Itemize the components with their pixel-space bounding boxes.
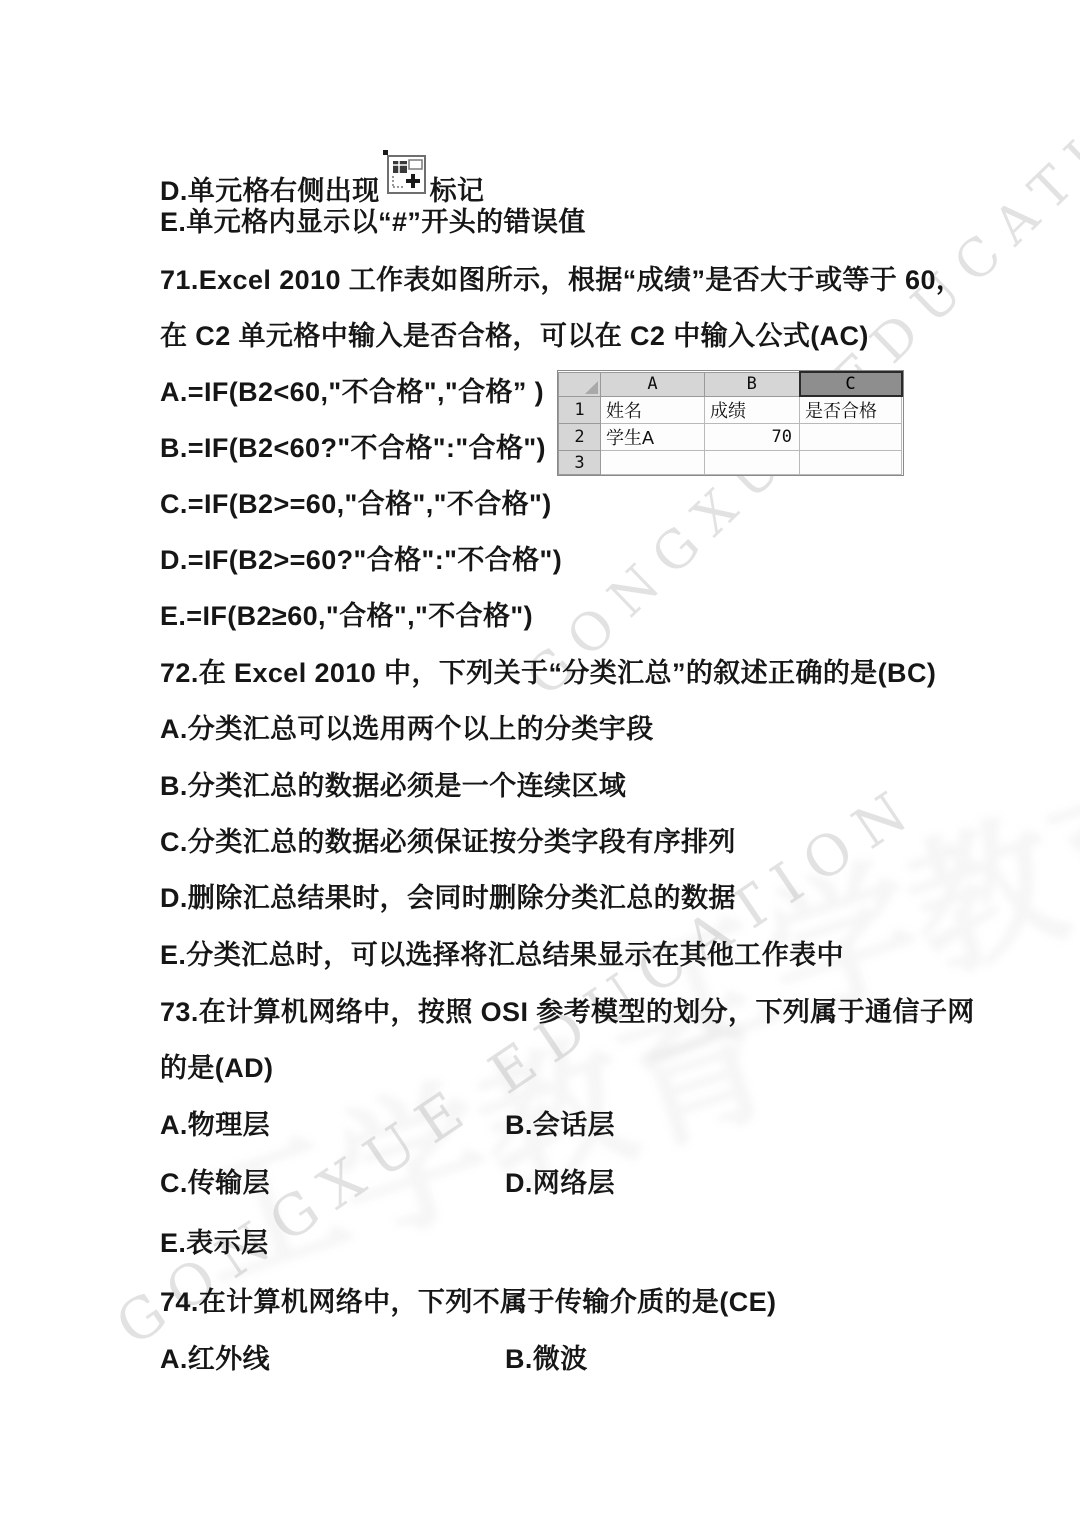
option-73-d: D.网络层 (505, 1168, 615, 1198)
scanned-exam-page: GONGXUE EDUCATION GONGXUE EDUCATION 工学教育… (0, 0, 1080, 1527)
option-71-c: C.=IF(B2>=60,"合格","不合格") (160, 487, 552, 521)
excel-cell-c2 (800, 424, 902, 451)
paste-options-smart-tag-icon (382, 146, 428, 196)
option-prev-d-text-before: D.单元格右侧出现 (160, 176, 380, 206)
option-73-b: B.会话层 (505, 1110, 615, 1140)
excel-cell-b2: 70 (705, 424, 800, 451)
excel-col-header-b: B (705, 372, 800, 396)
excel-worksheet-screenshot: A B C 1 姓名 成绩 是否合格 2 学生A 70 3 (558, 371, 903, 475)
excel-row-2: 2 学生A 70 (559, 424, 902, 451)
question-74-text: 74.在计算机网络中，下列不属于传输介质的是(CE) (160, 1285, 776, 1319)
option-72-d: D.删除汇总结果时，会同时删除分类汇总的数据 (160, 881, 736, 915)
excel-row-number-1: 1 (559, 396, 601, 424)
corner-triangle-icon (585, 381, 598, 394)
option-72-c: C.分类汇总的数据必须保证按分类字段有序排列 (160, 825, 736, 859)
excel-cell-b3 (705, 451, 800, 475)
excel-row-3: 3 (559, 451, 902, 475)
option-71-a: A.=IF(B2<60,"不合格","合格” ) (160, 375, 544, 409)
excel-row-number-2: 2 (559, 424, 601, 451)
excel-select-all-corner (559, 372, 601, 396)
excel-col-header-c-selected: C (800, 372, 902, 396)
options-73-row-2: C.传输层D.网络层 (160, 1166, 615, 1200)
question-73-line-1: 73.在计算机网络中，按照 OSI 参考模型的划分，下列属于通信子网 (160, 995, 975, 1029)
option-72-b: B.分类汇总的数据必须是一个连续区域 (160, 769, 626, 803)
excel-col-header-a: A (601, 372, 705, 396)
excel-cell-a3 (601, 451, 705, 475)
excel-cell-a2: 学生A (601, 424, 705, 451)
excel-cell-c1: 是否合格 (800, 396, 902, 424)
question-73-line-2: 的是(AD) (160, 1051, 273, 1085)
excel-cell-a1: 姓名 (601, 396, 705, 424)
option-74-b: B.微波 (505, 1344, 588, 1374)
option-prev-d: D.单元格右侧出现 标记 (160, 150, 484, 208)
excel-header-row: A B C (559, 372, 902, 396)
option-prev-e: E.单元格内显示以“#”开头的错误值 (160, 205, 586, 239)
excel-row-1: 1 姓名 成绩 是否合格 (559, 396, 902, 424)
question-71-line-2: 在 C2 单元格中输入是否合格，可以在 C2 中输入公式(AC) (160, 319, 869, 353)
option-72-a: A.分类汇总可以选用两个以上的分类宇段 (160, 712, 654, 746)
option-74-a: A.红外线 (160, 1342, 505, 1376)
excel-cell-b1: 成绩 (705, 396, 800, 424)
option-73-a: A.物理层 (160, 1108, 505, 1142)
excel-row-number-3: 3 (559, 451, 601, 475)
option-73-e: E.表示层 (160, 1226, 269, 1260)
option-prev-d-text-after: 标记 (430, 176, 485, 206)
option-72-e: E.分类汇总时，可以选择将汇总结果显示在其他工作表中 (160, 938, 844, 972)
options-74-row-1: A.红外线B.微波 (160, 1342, 588, 1376)
option-71-e: E.=IF(B2≥60,"合格","不合格") (160, 599, 533, 633)
option-71-d: D.=IF(B2>=60?"合格":"不合格") (160, 543, 562, 577)
excel-cell-c3 (800, 451, 902, 475)
option-71-b: B.=IF(B2<60?"不合格":"合格") (160, 431, 546, 465)
options-73-row-1: A.物理层B.会话层 (160, 1108, 615, 1142)
option-73-c: C.传输层 (160, 1166, 505, 1200)
question-71-line-1: 71.Excel 2010 工作表如图所示，根据“成绩”是否大于或等于 60， (160, 263, 963, 297)
question-72-text: 72.在 Excel 2010 中，下列关于“分类汇总”的叙述正确的是(BC) (160, 656, 936, 690)
